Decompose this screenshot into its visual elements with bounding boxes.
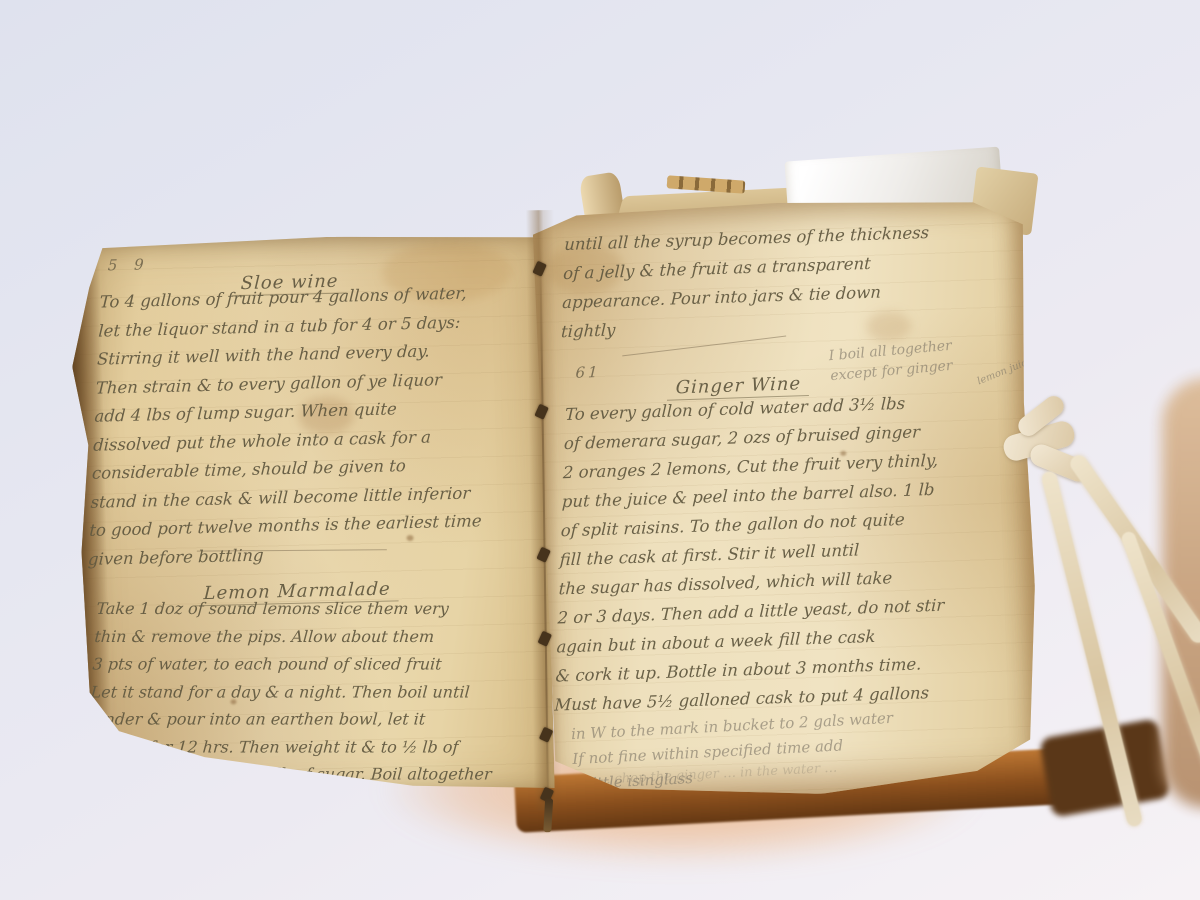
recipe-body-sloe-wine: To 4 gallons of fruit pour 4 gallons of … <box>87 278 542 574</box>
paper-slivers <box>667 175 746 193</box>
recipe-body-lemon-marmalade: Take 1 doz of sound lemons slice them ve… <box>84 595 553 788</box>
open-notebook: 5 9 Sloe wine To 4 gallons of fruit pour… <box>58 193 1057 832</box>
left-page: 5 9 Sloe wine To 4 gallons of fruit pour… <box>69 232 555 805</box>
right-page: until all the syrup becomes of the thick… <box>532 195 1041 803</box>
frayed-cloth-ties <box>985 400 1200 840</box>
photo-of-open-recipe-notebook: 5 9 Sloe wine To 4 gallons of fruit pour… <box>0 0 1200 900</box>
page-number-left: 5 9 <box>107 255 150 274</box>
recipe-body-ginger-wine: To every gallon of cold water add 3½ lbs… <box>554 385 1029 720</box>
marmalade-continuation: until all the syrup becomes of the thick… <box>561 215 1005 346</box>
page-number-right: 61 <box>575 363 601 382</box>
